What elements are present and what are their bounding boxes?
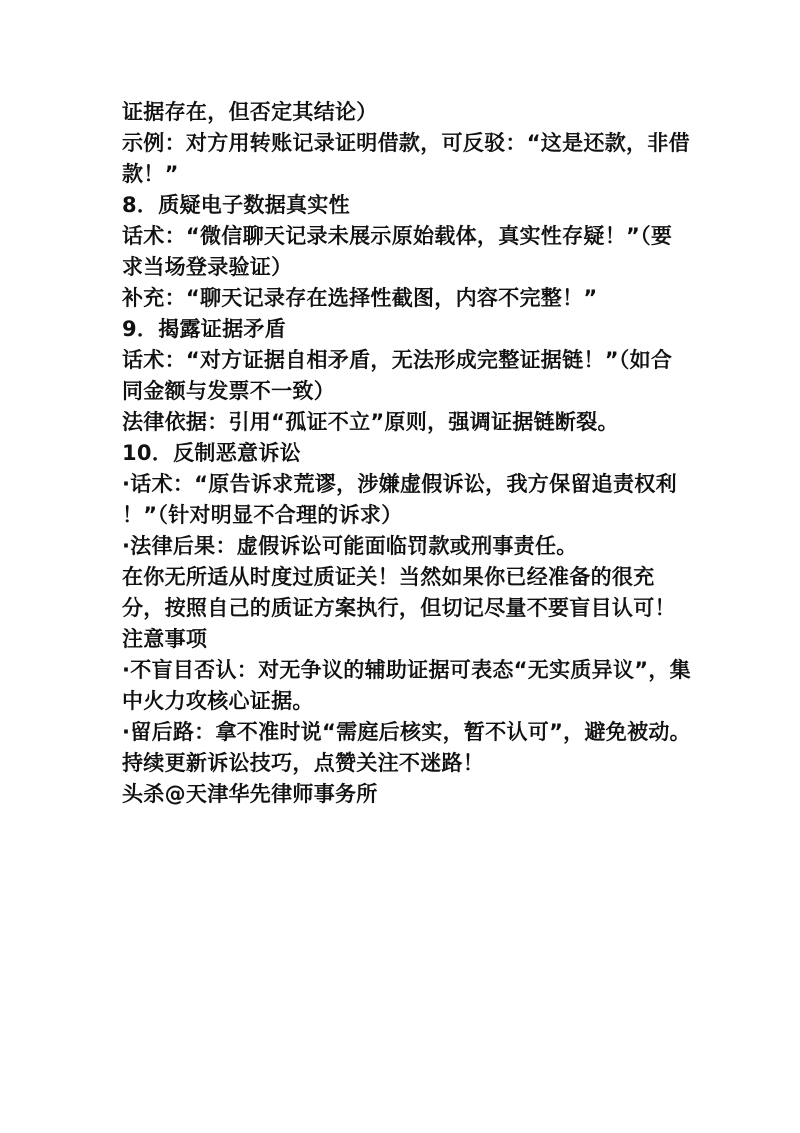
section-heading: 8．质疑电子数据真实性 [122,190,692,221]
text-line: 持续更新诉讼技巧，点赞关注不迷路！ [122,748,692,779]
document-page: 证据存在，但否定其结论） 示例：对方用转账记录证明借款，可反驳：“这是还款，非借… [0,0,800,1133]
text-line: 示例：对方用转账记录证明借款，可反驳：“这是还款，非借 [122,128,692,159]
text-line: 证据存在，但否定其结论） [122,97,692,128]
signature-line: 头杀@天津华先律师事务所 [122,779,692,810]
text-line: 补充：“聊天记录存在选择性截图，内容不完整！” [122,283,692,314]
section-heading: 9．揭露证据矛盾 [122,314,692,345]
bullet-line: ·不盲目否认：对无争议的辅助证据可表态“无实质异议”，集 [122,655,692,686]
text-line: 款！” [122,159,692,190]
text-line: ！”（针对明显不合理的诉求） [122,500,692,531]
text-line: 分，按照自己的质证方案执行，但切记尽量不要盲目认可！ [122,593,692,624]
text-line: 话术：“微信聊天记录未展示原始载体，真实性存疑！”（要 [122,221,692,252]
bullet-line: ·留后路：拿不准时说“需庭后核实，暂不认可”，避免被动。 [122,717,692,748]
text-line: 同金额与发票不一致） [122,376,692,407]
text-line: 在你无所适从时度过质证关！当然如果你已经准备的很充 [122,562,692,593]
text-line: 话术：“对方证据自相矛盾，无法形成完整证据链！”（如合 [122,345,692,376]
section-heading: 10．反制恶意诉讼 [122,438,692,469]
section-heading: 注意事项 [122,624,692,655]
text-line: 中火力攻核心证据。 [122,686,692,717]
text-line: 求当场登录验证） [122,252,692,283]
bullet-line: ·话术：“原告诉求荒谬，涉嫌虚假诉讼，我方保留追责权利 [122,469,692,500]
bullet-line: ·法律后果：虚假诉讼可能面临罚款或刑事责任。 [122,531,692,562]
text-line: 法律依据：引用“孤证不立”原则，强调证据链断裂。 [122,407,692,438]
document-body: 证据存在，但否定其结论） 示例：对方用转账记录证明借款，可反驳：“这是还款，非借… [122,97,692,810]
